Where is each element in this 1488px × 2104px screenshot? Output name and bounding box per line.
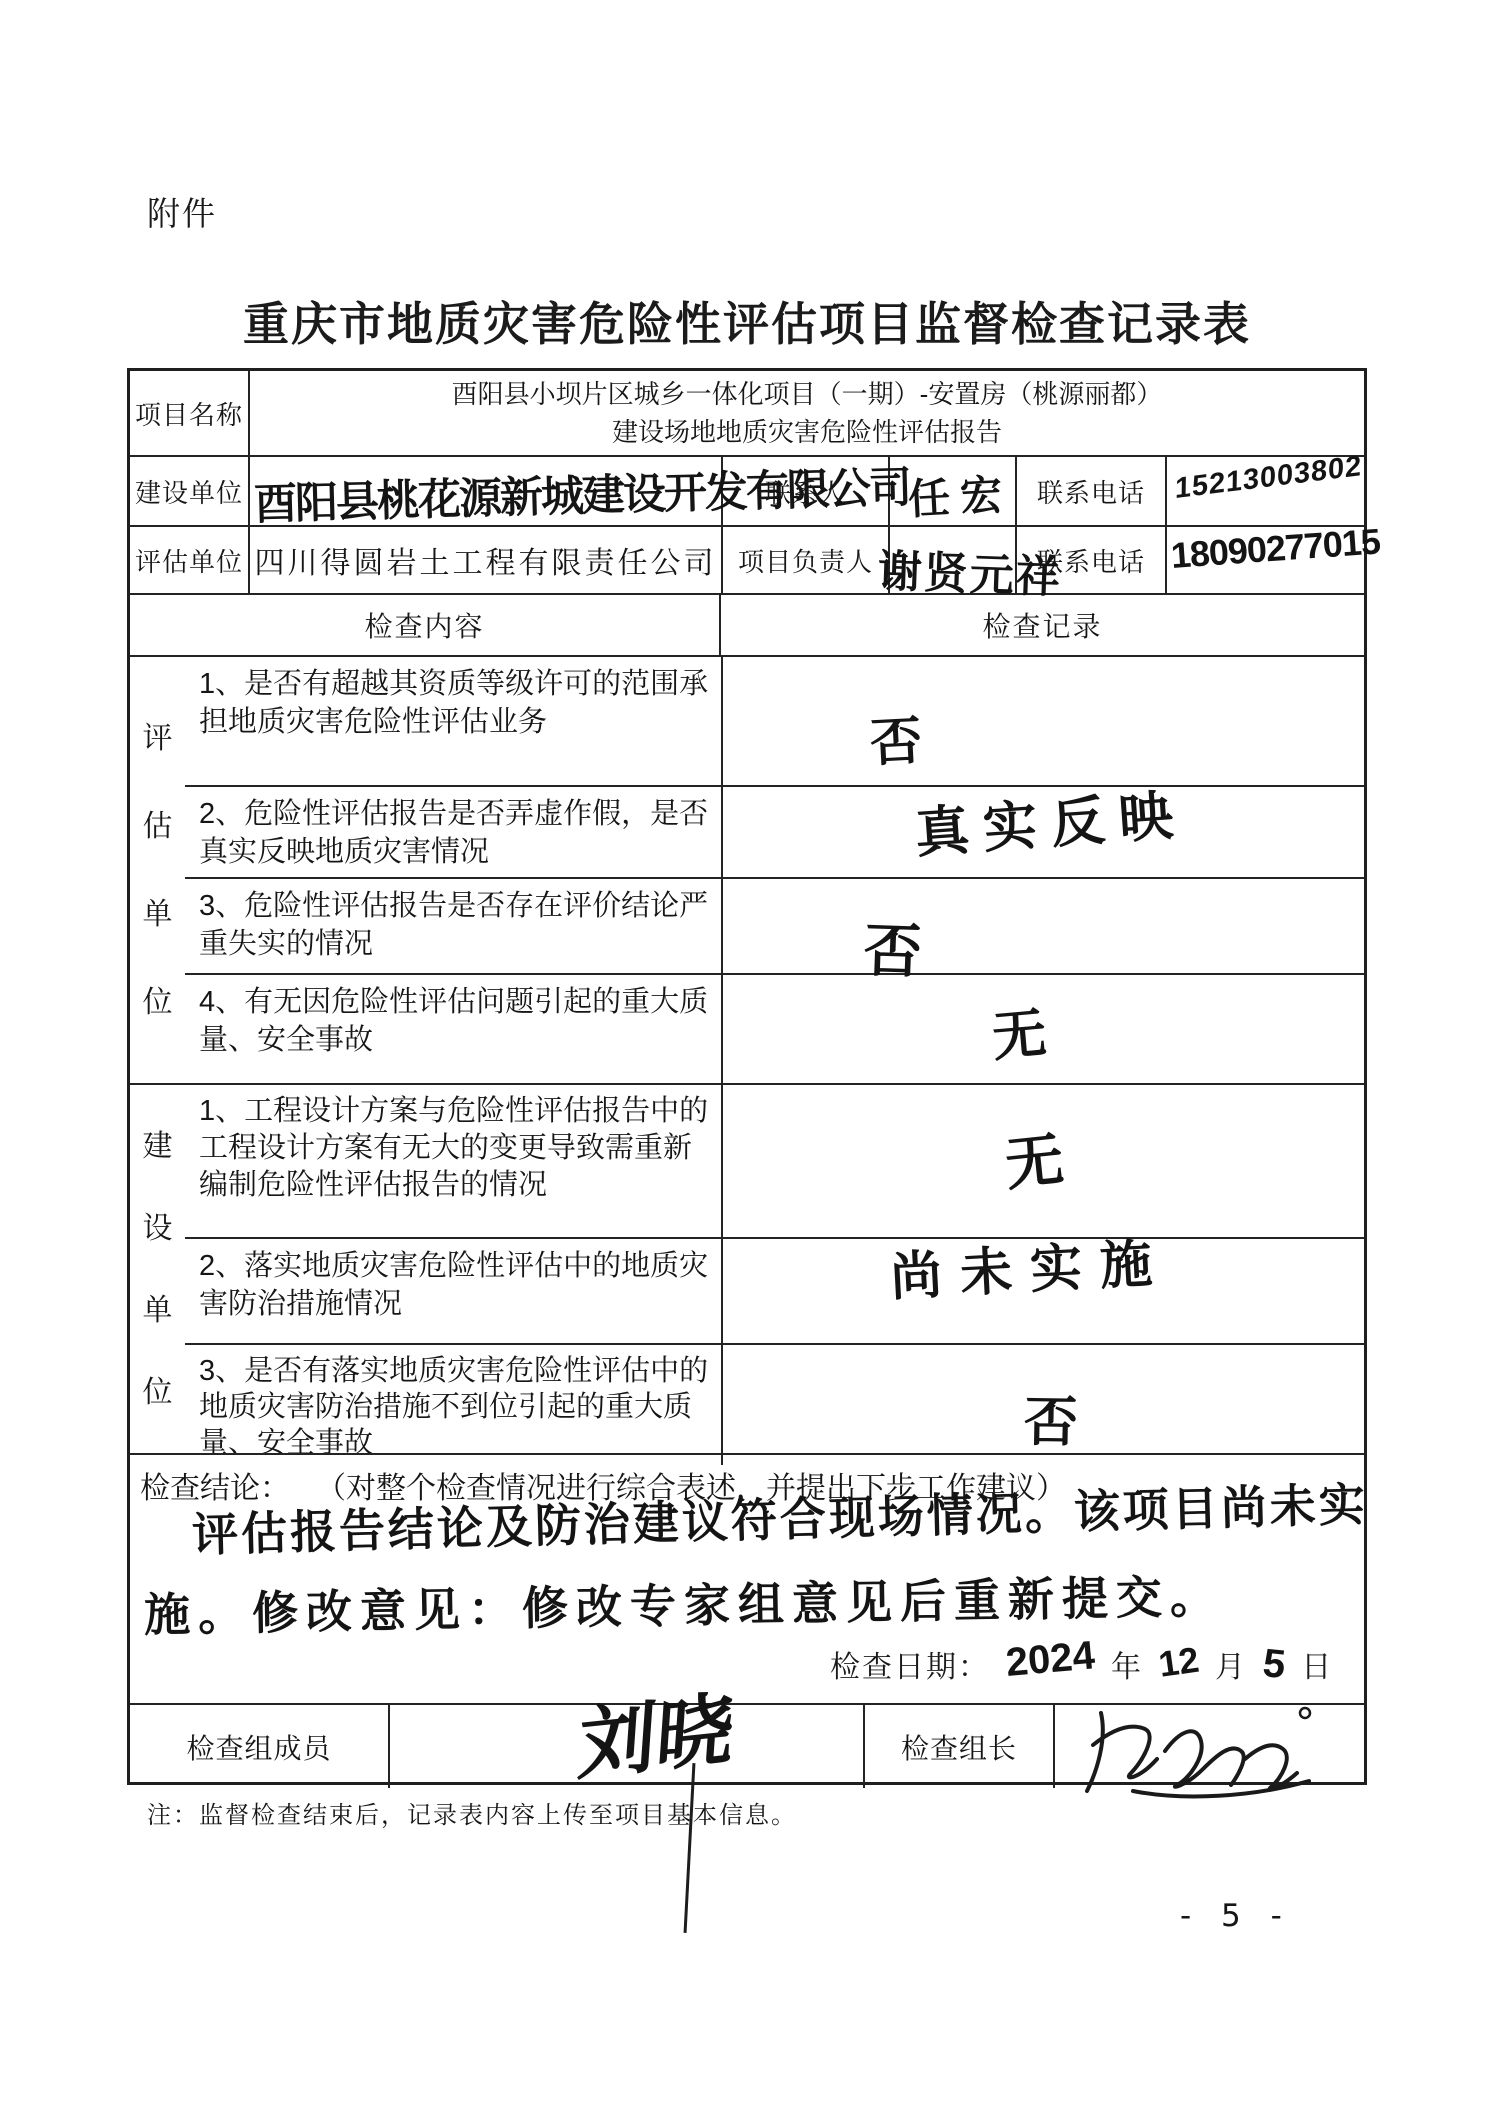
assessor-contact-handwriting: 谢贤元祥 [877,535,1063,605]
record-a3-handwriting: 否 [863,903,924,989]
builder-contact-handwriting: 任宏 [906,462,1013,527]
date-year-handwriting: 2024 [1004,1633,1097,1686]
section-assessor: 评估单位 1、是否有超越其资质等级许可的范围承担地质灾害危险性评估业务 否 2、… [130,655,1364,1083]
question-a1: 1、是否有超越其资质等级许可的范围承担地质灾害危险性评估业务 [185,657,721,785]
builder-value-cell: 酉阳县桃花源新城建设开发有限公司 [248,457,721,525]
date-day-handwriting: 5 [1261,1641,1288,1688]
record-b1: 无 [721,1085,1364,1237]
attachment-label: 附件 [147,188,217,235]
members-signature: 刘晓 [575,1666,738,1796]
question-b3: 3、是否有落实地质灾害危险性评估中的地质灾害防治措施不到位引起的重大质量、安全事… [185,1345,721,1465]
assessor-phone-cell: 18090277015 [1165,527,1364,593]
builder-phone-cell: 15213003802 [1165,457,1364,525]
record-b3: 否 [721,1345,1364,1465]
record-b2: 尚未实施 [721,1239,1364,1343]
record-a4: 无 [721,975,1364,1085]
date-month-handwriting: 12 [1156,1639,1202,1686]
scanned-form-page: 附件 重庆市地质灾害危险性评估项目监督检查记录表 项目名称 酉阳县小坝片区城乡一… [0,0,1488,2104]
section-builder: 建设单位 1、工程设计方案与危险性评估报告中的工程设计方案有无大的变更导致需重新… [130,1083,1364,1453]
builder-label: 建设单位 [130,457,248,525]
record-a1-handwriting: 否 [868,698,924,776]
record-a1: 否 [721,657,1364,785]
project-name-row: 项目名称 酉阳县小坝片区城乡一体化项目（一期）-安置房（桃源丽都） 建设场地地质… [130,371,1364,455]
record-b2-handwriting: 尚未实施 [888,1220,1172,1310]
project-name-label: 项目名称 [130,371,248,455]
date-month-unit: 月 [1215,1642,1247,1686]
signoff-row: 检查组成员 刘晓 检查组长 [130,1703,1364,1788]
members-label: 检查组成员 [130,1705,388,1788]
builder-phone-handwriting: 15213003802 [1175,450,1363,506]
question-b1: 1、工程设计方案与危险性评估报告中的工程设计方案有无大的变更导致需重新编制危险性… [185,1085,721,1237]
question-b2: 2、落实地质灾害危险性评估中的地质灾害防治措施情况 [185,1239,721,1343]
conclusion-handwriting-line2: 施。修改意见：修改专家组意见后重新提交。 [143,1560,1224,1645]
section-builder-label: 建设单位 [142,1106,174,1434]
assessor-contact-label: 项目负责人 [721,527,888,593]
members-signature-cell: 刘晓 [388,1705,863,1788]
question-a2: 2、危险性评估报告是否弄虚作假，是否真实反映地质灾害情况 [185,787,721,877]
page-number: - 5 - [1180,1898,1292,1934]
date-day-unit: 日 [1301,1642,1333,1686]
leader-signature-scribble [1073,1699,1323,1799]
record-a3: 否 [721,879,1364,973]
date-year-unit: 年 [1111,1642,1143,1686]
leader-signature-cell [1053,1705,1364,1788]
assessor-value: 四川得圆岩土工程有限责任公司 [248,527,721,593]
inspection-record-table: 项目名称 酉阳县小坝片区城乡一体化项目（一期）-安置房（桃源丽都） 建设场地地质… [127,368,1367,1785]
pen-tail-stroke [684,1763,696,1933]
question-a3: 3、危险性评估报告是否存在评价结论严重失实的情况 [185,879,721,973]
section-assessor-label: 评估单位 [142,695,174,1047]
builder-phone-label: 联系电话 [1015,457,1165,525]
section-builder-items: 1、工程设计方案与危险性评估报告中的工程设计方案有无大的变更导致需重新编制危险性… [185,1085,1364,1455]
assessor-row: 评估单位 四川得圆岩土工程有限责任公司 项目负责人 谢贤元祥 联系电话 1809… [130,525,1364,593]
inspection-date-line: 检查日期： 2024 年 12 月 5 日 [830,1641,1333,1686]
assessor-contact-cell: 谢贤元祥 [888,527,1015,593]
inspection-date-label: 检查日期： [830,1642,990,1686]
section-assessor-label-cell: 评估单位 [130,657,185,1085]
project-name-line2: 建设场地地质灾害危险性评估报告 [612,413,1002,451]
section-builder-label-cell: 建设单位 [130,1085,185,1455]
record-a4-handwriting: 无 [989,990,1050,1071]
leader-label: 检查组长 [863,1705,1053,1788]
project-name-line1: 酉阳县小坝片区城乡一体化项目（一期）-安置房（桃源丽都） [452,375,1163,413]
assessor-phone-handwriting: 18090277015 [1170,520,1382,576]
project-name-value: 酉阳县小坝片区城乡一体化项目（一期）-安置房（桃源丽都） 建设场地地质灾害危险性… [248,371,1364,455]
builder-row: 建设单位 酉阳县桃花源新城建设开发有限公司 联系人 任宏 联系电话 152130… [130,455,1364,525]
record-a2: 真实反映 [721,787,1364,877]
content-header: 检查内容 [130,595,719,655]
question-a4: 4、有无因危险性评估问题引起的重大质量、安全事故 [185,975,721,1085]
record-b1-handwriting: 无 [1001,1113,1067,1203]
record-a2-handwriting: 真实反映 [913,772,1190,868]
record-b3-handwriting: 否 [1024,1379,1079,1457]
page-title: 重庆市地质灾害危险性评估项目监督检查记录表 [127,288,1367,354]
conclusion-block: 检查结论： （对整个检查情况进行综合表述，并提出下步工作建议） 评估报告结论及防… [130,1453,1364,1703]
footer-note: 注：监督检查结束后，记录表内容上传至项目基本信息。 [147,1795,797,1830]
section-assessor-items: 1、是否有超越其资质等级许可的范围承担地质灾害危险性评估业务 否 2、危险性评估… [185,657,1364,1085]
checklist-header-row: 检查内容 检查记录 [130,593,1364,655]
assessor-label: 评估单位 [130,527,248,593]
